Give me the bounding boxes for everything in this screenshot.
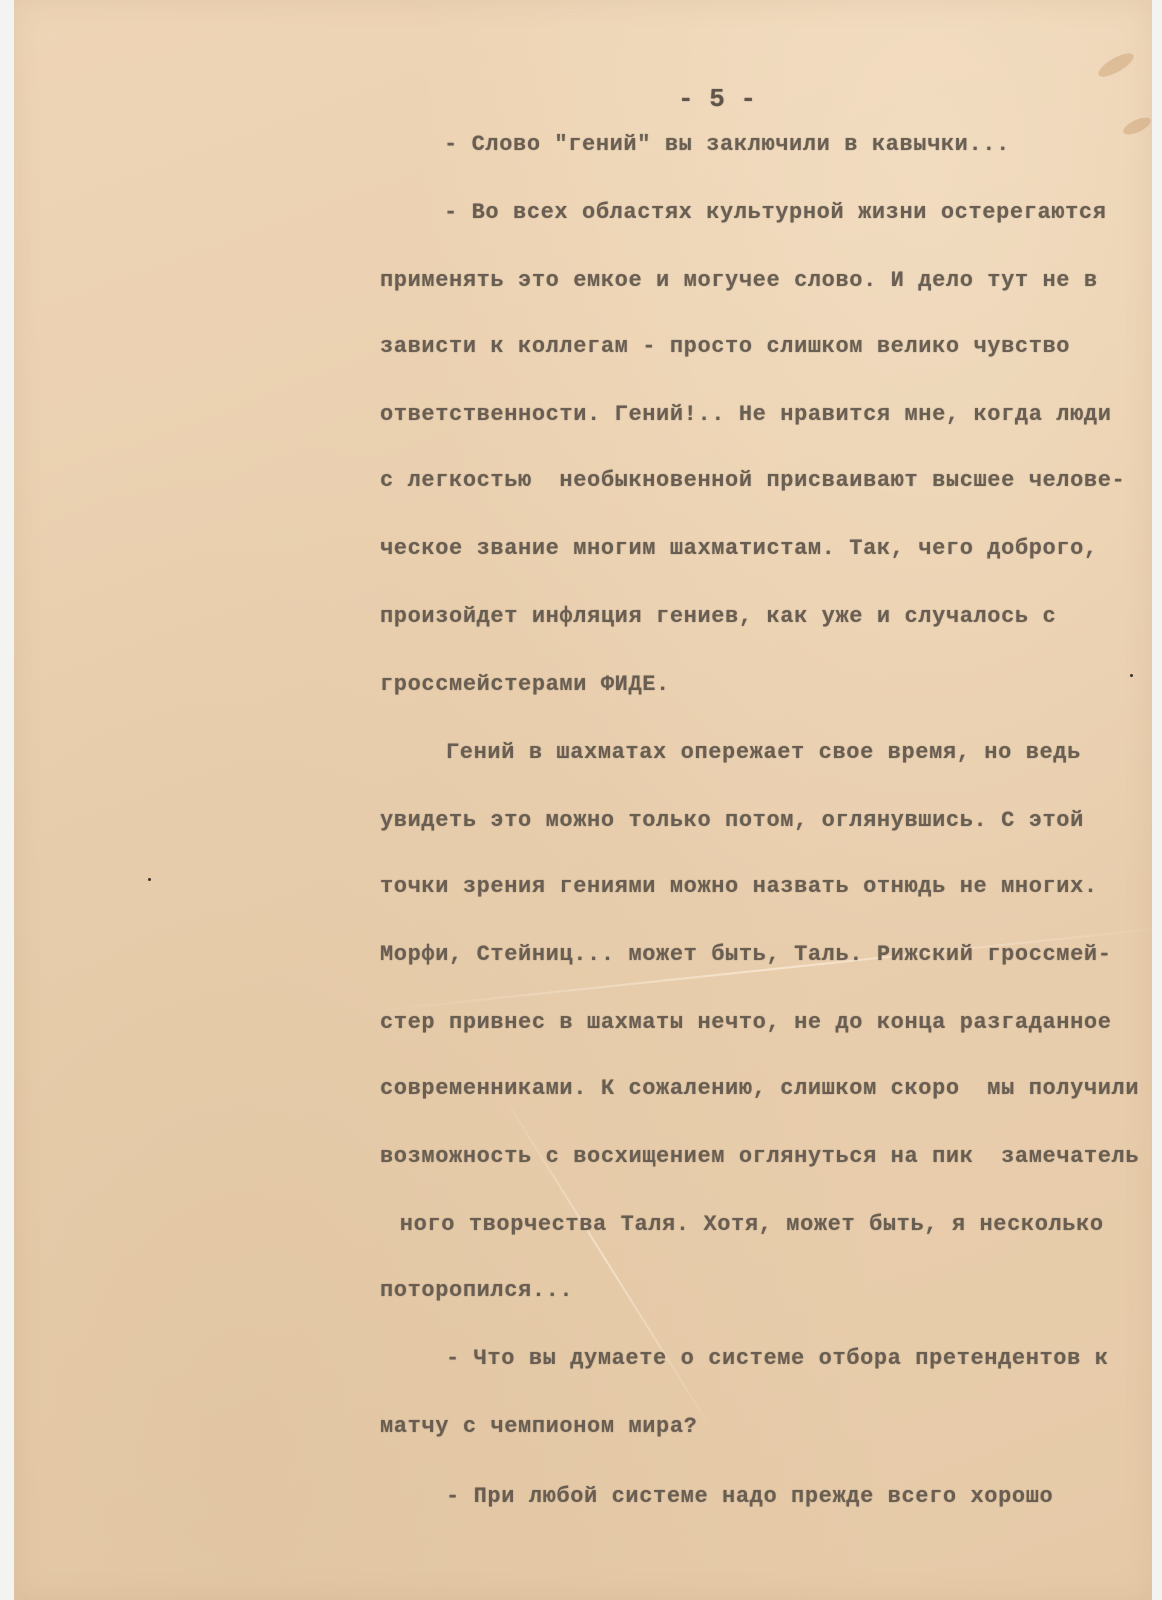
paper-crease (493, 1080, 717, 1437)
text-line: точки зрения гениями можно назвать отнюд… (380, 874, 1098, 899)
text-line: возможность с восхищением оглянуться на … (380, 1144, 1139, 1169)
text-line: - Во всех областях культурной жизни осте… (444, 200, 1107, 225)
text-line: ответственности. Гений!.. Не нравится мн… (380, 402, 1112, 427)
text-line: стер привнес в шахматы нечто, не до конц… (380, 1010, 1112, 1035)
text-line: ческое звание многим шахматистам. Так, ч… (380, 536, 1098, 561)
text-line: гроссмейстерами ФИДЕ. (380, 672, 670, 697)
text-line: - При любой системе надо прежде всего хо… (446, 1484, 1053, 1509)
text-line: Морфи, Стейниц... может быть, Таль. Рижс… (380, 942, 1112, 967)
page-number: - 5 - (678, 84, 756, 114)
ink-speck (148, 878, 151, 881)
text-line: ного творчества Таля. Хотя, может быть, … (386, 1212, 1104, 1237)
ink-speck (1130, 674, 1133, 677)
text-line: современниками. К сожалению, слишком ско… (380, 1076, 1139, 1101)
text-line: матчу с чемпионом мира? (380, 1414, 697, 1439)
typewritten-page: - 5 - - Слово "гений" вы заключили в кав… (14, 0, 1152, 1600)
text-line: Гений в шахматах опережает свое время, н… (446, 740, 1081, 765)
text-line: с легкостью необыкновенной присваивают в… (380, 468, 1125, 493)
text-line: применять это емкое и могучее слово. И д… (380, 268, 1098, 293)
text-line: произойдет инфляция гениев, как уже и сл… (380, 604, 1056, 629)
text-line: - Слово "гений" вы заключили в кавычки..… (444, 132, 1010, 157)
text-line: зависти к коллегам - просто слишком вели… (380, 334, 1070, 359)
text-line: - Что вы думаете о системе отбора претен… (446, 1346, 1109, 1371)
paper-stain (1121, 114, 1153, 138)
paper-crease (374, 924, 1162, 1012)
text-line: поторопился... (380, 1278, 573, 1303)
text-line: увидеть это можно только потом, оглянувш… (380, 808, 1084, 833)
paper-stain (1095, 49, 1137, 81)
